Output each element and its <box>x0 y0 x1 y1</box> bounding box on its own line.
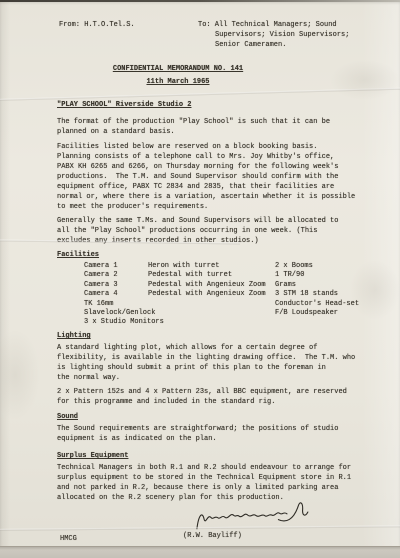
facility-item: TK 16mm <box>84 300 148 309</box>
scan-smudge <box>0 330 40 420</box>
facility-extra: Conductor's Head-set <box>275 300 359 309</box>
table-row: Camera 1Heron with turret2 x Booms <box>84 262 359 271</box>
table-row: TK 16mmConductor's Head-set <box>84 300 359 309</box>
lighting-heading: Lighting <box>57 331 91 341</box>
table-row: Camera 4Pedestal with Angenieux Zoom3 ST… <box>84 290 359 299</box>
facility-item: Slavelock/Genlock <box>84 309 148 318</box>
facility-detail: Heron with turret <box>148 262 275 271</box>
scan-top-edge <box>0 0 400 2</box>
paragraph-allocation: Generally the same T.Ms. and Sound Super… <box>57 216 338 246</box>
facility-detail: Pedestal with turret <box>148 271 275 280</box>
facility-detail: Pedestal with Angenieux Zoom <box>148 290 275 299</box>
table-row: Camera 2Pedestal with turret1 TR/90 <box>84 271 359 280</box>
subject-heading: "PLAY SCHOOL" Riverside Studio 2 <box>57 100 191 110</box>
memo-page: From: H.T.O.Tel.S. To: All Technical Man… <box>0 0 400 558</box>
paragraph-lighting-1: A standard lighting plot, which allows f… <box>57 343 355 383</box>
facility-item: Camera 1 <box>84 262 148 271</box>
facility-extra: 1 TR/90 <box>275 271 304 280</box>
surplus-heading: Surplus Equipment <box>57 451 128 461</box>
paragraph-format: The format of the production "Play Schoo… <box>57 117 330 137</box>
paper-crease <box>0 87 400 101</box>
footer-initials: HMCG <box>60 534 77 544</box>
paragraph-facilities-intro: Facilities listed below are reserved on … <box>57 142 355 212</box>
sound-heading: Sound <box>57 412 78 422</box>
facility-extra: Grams <box>275 281 296 290</box>
signature-name: (R.W. Bayliff) <box>183 531 242 541</box>
facility-detail: Pedestal with Angenieux Zoom <box>148 281 275 290</box>
facility-extra: 3 STM 18 stands <box>275 290 338 299</box>
paragraph-sound: The Sound requirements are straightforwa… <box>57 424 338 444</box>
facility-item: Camera 3 <box>84 281 148 290</box>
facility-extra: F/B Loudspeaker <box>275 309 338 318</box>
scan-smudge <box>330 60 400 100</box>
table-row: 3 x Studio Monitors <box>84 318 359 327</box>
facility-extra: 2 x Booms <box>275 262 313 271</box>
scan-bottom-edge <box>0 546 400 558</box>
facilities-table: Camera 1Heron with turret2 x Booms Camer… <box>84 262 359 328</box>
paragraph-lighting-2: 2 x Pattern 152s and 4 x Pattern 23s, al… <box>57 387 347 407</box>
memo-date: 11th March 1965 <box>57 77 299 87</box>
from-line: From: H.T.O.Tel.S. <box>59 20 135 30</box>
facilities-heading: Facilities <box>57 250 99 260</box>
facility-item: Camera 2 <box>84 271 148 280</box>
facility-item: Camera 4 <box>84 290 148 299</box>
table-row: Camera 3Pedestal with Angenieux ZoomGram… <box>84 281 359 290</box>
table-row: Slavelock/GenlockF/B Loudspeaker <box>84 309 359 318</box>
memo-title: CONFIDENTIAL MEMORANDUM NO. 141 <box>57 64 299 74</box>
to-block: To: All Technical Managers; Sound Superv… <box>198 20 349 50</box>
facility-item: 3 x Studio Monitors <box>84 318 148 327</box>
